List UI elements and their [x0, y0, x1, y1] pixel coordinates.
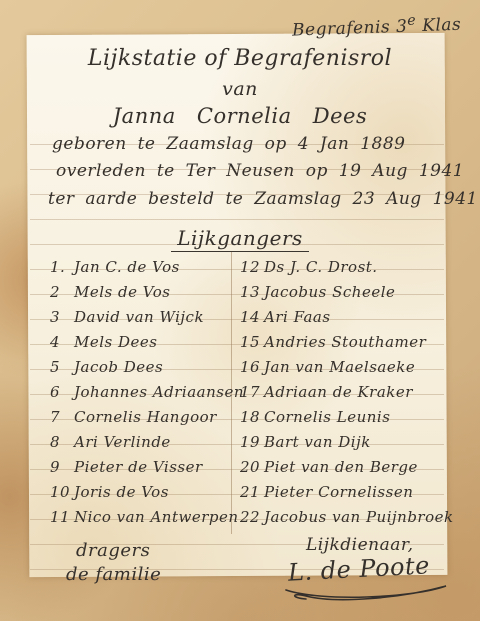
mourner-name: Bart van Dijk: [264, 433, 371, 451]
mourner-name: Ds J. C. Drost.: [264, 258, 378, 276]
mourner-row: 6Johannes Adriaansen: [50, 383, 244, 408]
mourner-number: 2: [50, 283, 74, 301]
burial-line: ter aarde besteld te Zaamslag 23 Aug 194…: [48, 189, 478, 209]
list-heading: Lijkgangers: [0, 226, 480, 250]
mourner-number: 19: [240, 433, 264, 451]
signature-flourish: [282, 582, 452, 608]
mourner-number: 8: [50, 433, 74, 451]
mourner-number: 22: [240, 508, 264, 526]
mourner-row: 10Joris de Vos: [50, 483, 169, 508]
aged-photo-background: Begrafenis 3e Klas Lijkstatie of Begrafe…: [0, 0, 480, 621]
mourner-name: Mels Dees: [74, 333, 157, 351]
mourner-row: 5Jacob Dees: [50, 358, 163, 383]
mourner-number: 3: [50, 308, 74, 326]
mourner-name: Ari Faas: [264, 308, 331, 326]
mourner-name: Pieter de Visser: [74, 458, 203, 476]
mourner-name: Jacobus Scheele: [264, 283, 395, 301]
mourner-row: 18Cornelis Leunis: [240, 408, 390, 433]
mourner-number: 1.: [50, 258, 74, 276]
mourner-name: Jan C. de Vos: [74, 258, 180, 276]
mourner-row: 1.Jan C. de Vos: [50, 258, 180, 283]
mourner-number: 11: [50, 508, 74, 526]
mourner-name: Piet van den Berge: [264, 458, 418, 476]
mourner-name: Cornelis Hangoor: [74, 408, 217, 426]
mourner-row: 8Ari Verlinde: [50, 433, 171, 458]
mourner-number: 4: [50, 333, 74, 351]
mourner-row: 12Ds J. C. Drost.: [240, 258, 378, 283]
mourner-row: 19Bart van Dijk: [240, 433, 371, 458]
mourner-name: Ari Verlinde: [74, 433, 171, 451]
mourner-name: Jacobus van Puijnbroek: [264, 508, 454, 526]
mourner-name: David van Wijck: [74, 308, 204, 326]
mourner-name: Jacob Dees: [74, 358, 163, 376]
mourner-number: 16: [240, 358, 264, 376]
deceased-name: Janna Cornelia Dees: [0, 104, 480, 128]
mourner-number: 10: [50, 483, 74, 501]
mourner-number: 21: [240, 483, 264, 501]
mourner-number: 7: [50, 408, 74, 426]
mourner-number: 12: [240, 258, 264, 276]
mourner-row: 9Pieter de Visser: [50, 458, 203, 483]
mourner-number: 20: [240, 458, 264, 476]
mourner-row: 2Mels de Vos: [50, 283, 170, 308]
subtitle-van: van: [0, 78, 480, 100]
mourner-row: 22Jacobus van Puijnbroek: [240, 508, 454, 533]
mourner-row: 4Mels Dees: [50, 333, 157, 358]
mourner-row: 3David van Wijck: [50, 308, 204, 333]
mourner-name: Cornelis Leunis: [264, 408, 390, 426]
death-line: overleden te Ter Neusen op 19 Aug 1941: [56, 161, 464, 181]
bearers-label: dragers: [76, 540, 150, 561]
mourner-number: 9: [50, 458, 74, 476]
mourner-row: 14Ari Faas: [240, 308, 331, 333]
mourner-name: Andries Stouthamer: [264, 333, 426, 351]
mourner-name: Pieter Cornelissen: [264, 483, 413, 501]
mourner-number: 13: [240, 283, 264, 301]
mourner-number: 15: [240, 333, 264, 351]
mourner-number: 17: [240, 383, 264, 401]
mourner-name: Nico van Antwerpen: [74, 508, 239, 526]
mourner-row: 11Nico van Antwerpen: [50, 508, 239, 533]
class-annotation-text2: Klas: [416, 15, 462, 37]
mourner-number: 14: [240, 308, 264, 326]
mourner-number: 18: [240, 408, 264, 426]
mourner-row: 7Cornelis Hangoor: [50, 408, 217, 433]
mourner-row: 21Pieter Cornelissen: [240, 483, 413, 508]
document-title: Lijkstatie of Begrafenisrol: [0, 46, 480, 71]
mourner-name: Johannes Adriaansen: [74, 383, 244, 401]
mourner-row: 15Andries Stouthamer: [240, 333, 426, 358]
mourner-name: Jan van Maelsaeke: [264, 358, 415, 376]
mourner-name: Joris de Vos: [74, 483, 169, 501]
mourner-row: 16Jan van Maelsaeke: [240, 358, 415, 383]
mourner-row: 20Piet van den Berge: [240, 458, 418, 483]
class-annotation-text: Begrafenis 3: [292, 17, 408, 41]
birth-line: geboren te Zaamslag op 4 Jan 1889: [52, 134, 406, 154]
mourner-name: Mels de Vos: [74, 283, 170, 301]
mourner-name: Adriaan de Kraker: [264, 383, 413, 401]
mourner-number: 6: [50, 383, 74, 401]
bearers-value: de familie: [66, 564, 161, 585]
mourner-row: 13Jacobus Scheele: [240, 283, 395, 308]
mourner-number: 5: [50, 358, 74, 376]
list-heading-text: Lijkgangers: [171, 226, 309, 252]
mourner-row: 17Adriaan de Kraker: [240, 383, 413, 408]
